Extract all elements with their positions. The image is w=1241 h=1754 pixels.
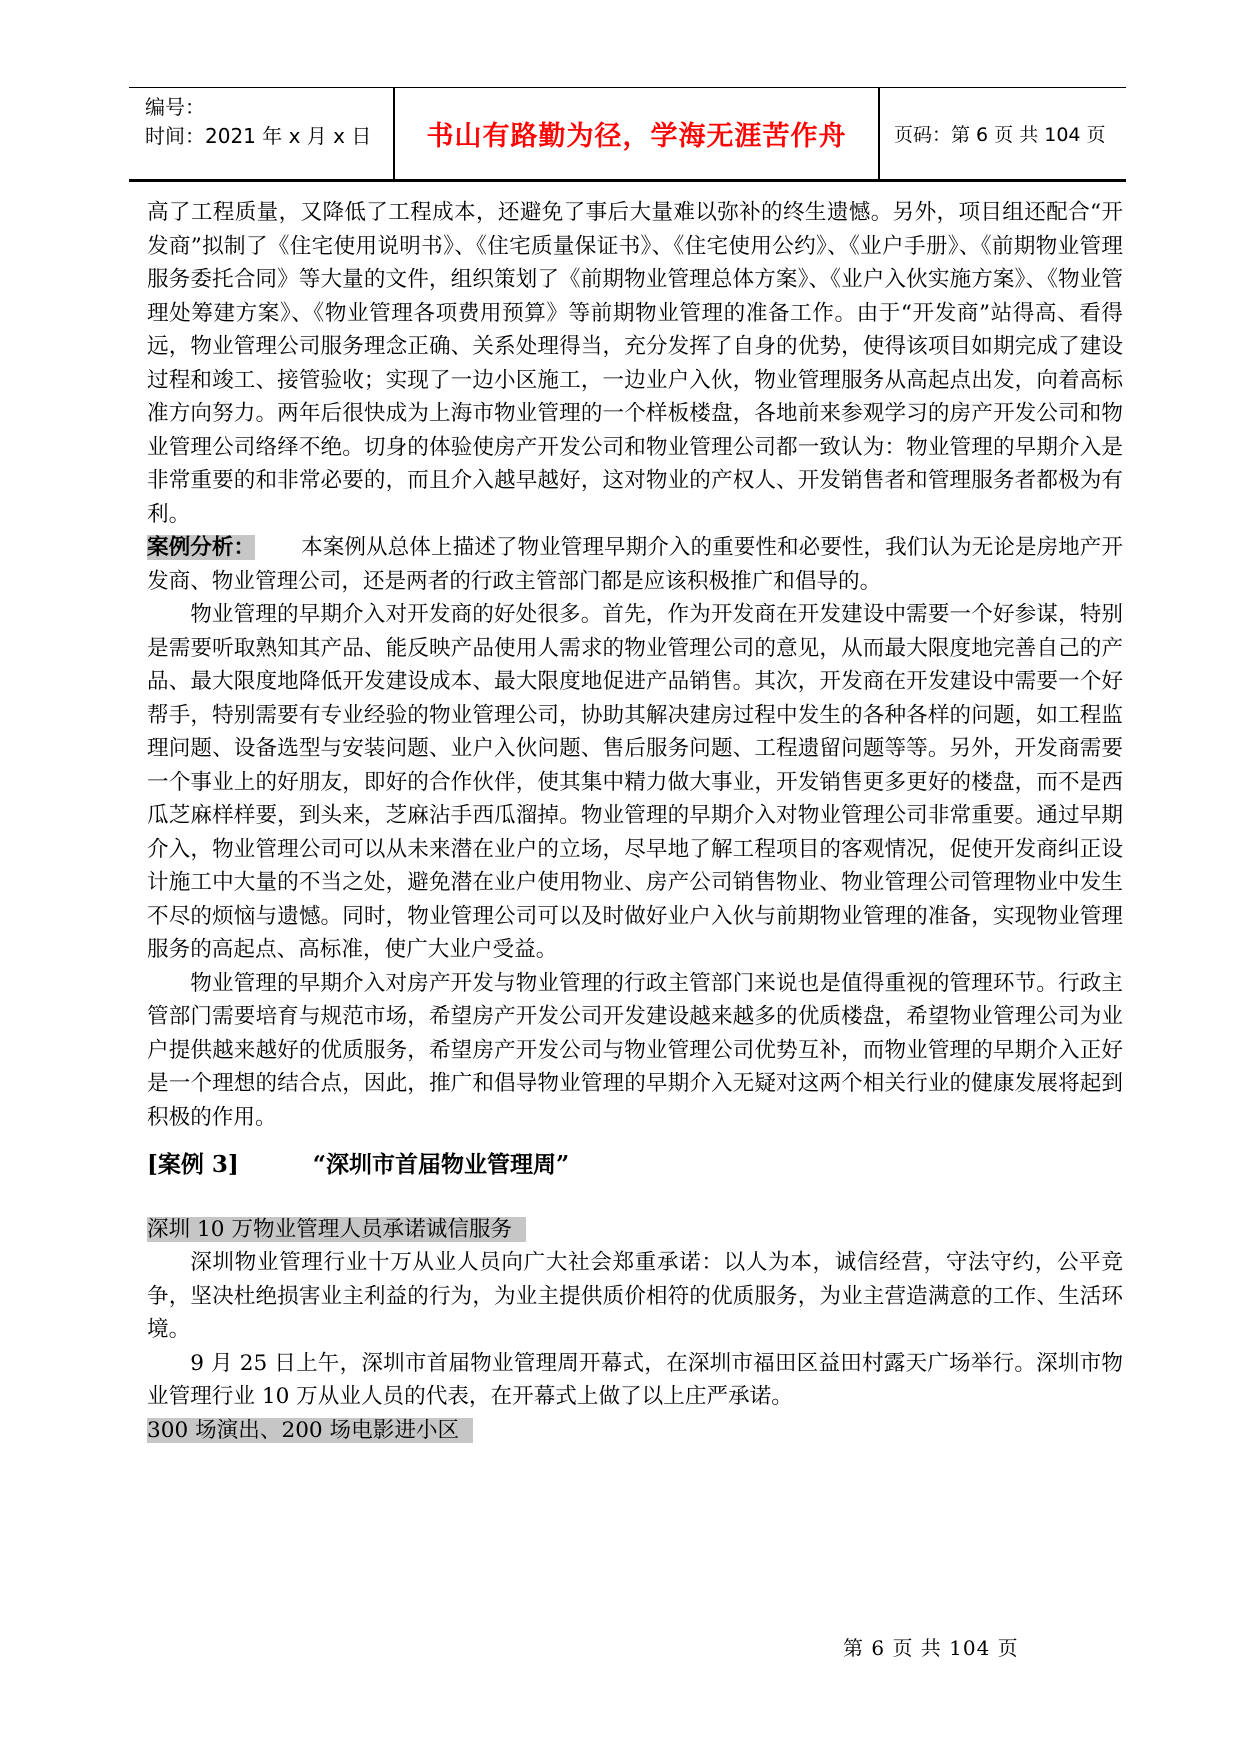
subheading-1: 深圳 10 万物业管理人员承诺诚信服务 [147,1213,1123,1247]
subheading-1-text: 深圳 10 万物业管理人员承诺诚信服务 [147,1217,526,1242]
paragraph-4: 物业管理的早期介入对房产开发与物业管理的行政主管部门来说也是值得重视的管理环节。… [147,967,1123,1135]
case-analysis-label: 案例分析： [147,535,255,560]
case3-heading: [案例 3]“深圳市首届物业管理周” [147,1148,1123,1182]
header-left-cell: 编号： 时间：2021 年 x 月 x 日 [129,88,393,179]
subheading-2-text: 300 场演出、200 场电影进小区 [147,1418,473,1443]
header-right-cell: 页码：第 6 页 共 104 页 [880,88,1126,179]
header-table: 编号： 时间：2021 年 x 月 x 日 书山有路勤为径，学海无涯苦作舟 页码… [129,87,1126,182]
header-motto: 书山有路勤为径，学海无涯苦作舟 [427,114,847,153]
paragraph-1: 高了工程质量，又降低了工程成本，还避免了事后大量难以弥补的终生遗憾。另外，项目组… [147,196,1123,531]
paragraph-5: 深圳物业管理行业十万从业人员向广大社会郑重承诺：以人为本，诚信经营，守法守约，公… [147,1246,1123,1347]
header-middle-cell: 书山有路勤为径，学海无涯苦作舟 [393,88,880,179]
case3-title: “深圳市首届物业管理周” [313,1151,569,1178]
subheading-2: 300 场演出、200 场电影进小区 [147,1414,1123,1448]
case-analysis-text: 本案例从总体上描述了物业管理早期介入的重要性和必要性，我们认为无论是房地产开发商… [147,535,1123,594]
document-body: 高了工程质量，又降低了工程成本，还避免了事后大量难以弥补的终生遗憾。另外，项目组… [147,196,1123,1447]
case3-label: [案例 3] [147,1151,239,1178]
paragraph-6: 9 月 25 日上午，深圳市首届物业管理周开幕式，在深圳市福田区益田村露天广场举… [147,1347,1123,1414]
paragraph-case-analysis: 案例分析：本案例从总体上描述了物业管理早期介入的重要性和必要性，我们认为无论是房… [147,531,1123,598]
document-page: 编号： 时间：2021 年 x 月 x 日 书山有路勤为径，学海无涯苦作舟 页码… [0,0,1241,1754]
date-label: 时间：2021 年 x 月 x 日 [145,122,393,151]
page-number-label: 页码：第 6 页 共 104 页 [894,120,1106,147]
ref-number-label: 编号： [145,93,393,122]
paragraph-3: 物业管理的早期介入对开发商的好处很多。首先，作为开发商在开发建设中需要一个好参谋… [147,598,1123,967]
footer-page-number: 第 6 页 共 104 页 [843,1632,1019,1661]
